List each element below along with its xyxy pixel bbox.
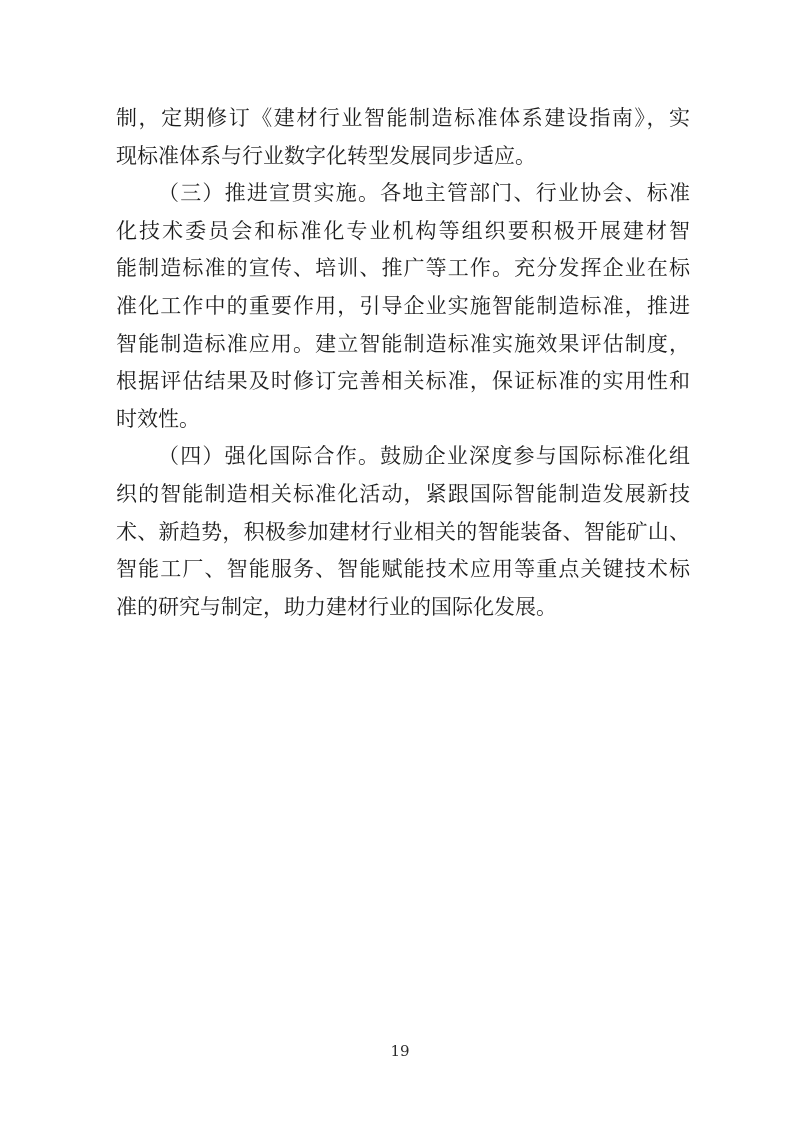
text-line: 智能制造标准应用。建立智能制造标准实施效果评估制度， xyxy=(116,326,690,364)
text-line: 制，定期修订《建材行业智能制造标准体系建设指南》，实 xyxy=(116,100,690,138)
text-line: 准的研究与制定，助力建材行业的国际化发展。 xyxy=(116,589,690,627)
document-body: 制，定期修订《建材行业智能制造标准体系建设指南》，实现标准体系与行业数字化转型发… xyxy=(116,100,690,626)
text-line: 根据评估结果及时修订完善相关标准，保证标准的实用性和 xyxy=(116,363,690,401)
text-line: 织的智能制造相关标准化活动，紧跟国际智能制造发展新技 xyxy=(116,476,690,514)
text-line: 术、新趋势，积极参加建材行业相关的智能装备、智能矿山、 xyxy=(116,514,690,552)
text-line: 准化工作中的重要作用，引导企业实施智能制造标准，推进 xyxy=(116,288,690,326)
text-line: 化技术委员会和标准化专业机构等组织要积极开展建材智 xyxy=(116,213,690,251)
text-line: 能制造标准的宣传、培训、推广等工作。充分发挥企业在标 xyxy=(116,250,690,288)
text-line: 现标准体系与行业数字化转型发展同步适应。 xyxy=(116,138,690,176)
text-line: （四）强化国际合作。鼓励企业深度参与国际标准化组 xyxy=(116,438,690,476)
text-line: 智能工厂、智能服务、智能赋能技术应用等重点关键技术标 xyxy=(116,551,690,589)
page-number: 19 xyxy=(0,1042,800,1060)
text-line: （三）推进宣贯实施。各地主管部门、行业协会、标准 xyxy=(116,175,690,213)
text-line: 时效性。 xyxy=(116,401,690,439)
document-page: 制，定期修订《建材行业智能制造标准体系建设指南》，实现标准体系与行业数字化转型发… xyxy=(0,0,800,1131)
